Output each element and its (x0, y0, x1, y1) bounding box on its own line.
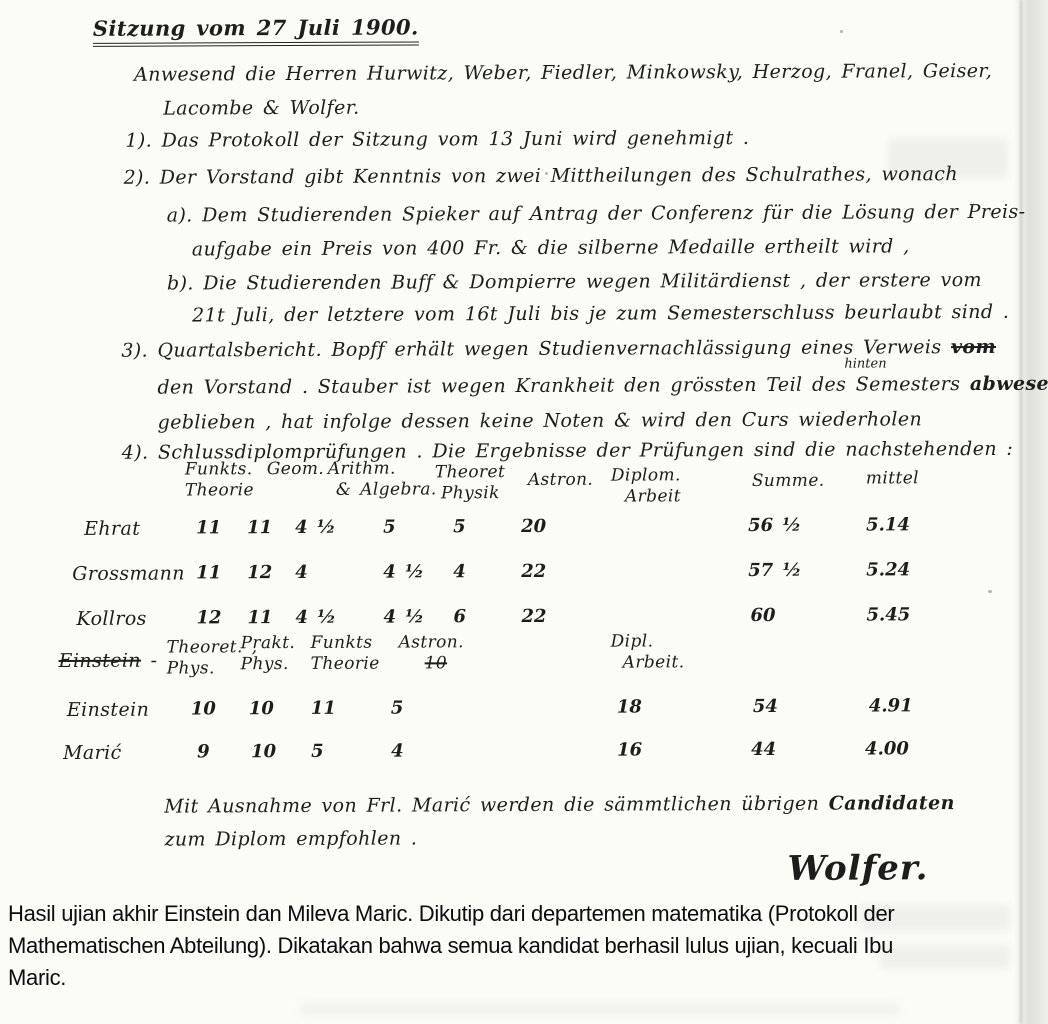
signature-wolfer: Wolfer. (787, 848, 928, 889)
crossed-name-dash: - (151, 650, 158, 672)
col-header-mittel: mittel (866, 468, 919, 489)
score-cell: 5.45 (866, 604, 910, 625)
score-cell: 11 (311, 698, 336, 719)
caption-line-3: Maric. (8, 965, 66, 991)
score-cell: 11 (196, 517, 221, 538)
score-cell: 22 (521, 606, 546, 627)
manuscript: Sitzung vom 27 Juli 1900. Anwesend die H… (0, 0, 1048, 1024)
header-line: Arbeit (611, 486, 681, 507)
header-line: Theorie (311, 654, 380, 675)
score-cell: 60 (750, 605, 775, 626)
score-cell: 4 ½ (295, 517, 336, 538)
score-cell: 5 (453, 516, 466, 537)
session-title-text: Sitzung vom 27 Juli 1900. (93, 14, 419, 46)
score-cell: 12 (196, 607, 221, 628)
header-line: Physik (435, 483, 505, 504)
score-cell: 4 (453, 561, 466, 582)
table-row-kollros: Kollros 12 11 4 ½ 4 ½ 6 22 60 5.45 (0, 0, 1046, 2)
score-cell: 4 ½ (383, 606, 424, 627)
score-cell: 5 (311, 741, 324, 762)
header-line: Theoret (435, 462, 505, 483)
item-2a-line-2: aufgabe ein Preis von 400 Fr. & die silb… (192, 235, 910, 260)
score-cell: 5 (391, 698, 404, 719)
table-row-einstein: Einstein 10 10 11 5 18 54 4.91 (0, 0, 1046, 2)
score-cell: 10 (249, 698, 274, 719)
score-cell: 57 ½ (748, 560, 801, 581)
attendance-line-2: Lacombe & Wolfer. (163, 97, 359, 120)
candidate-name: Einstein (67, 699, 149, 721)
score-cell: 12 (247, 562, 272, 583)
col-header-astronomie: Astron. (528, 470, 593, 491)
score-cell: 4 (391, 741, 404, 762)
candidate-name: Kollros (76, 608, 146, 630)
results-table: Funkts. Theorie Geom. Arithm. & Algebra.… (0, 0, 1046, 2)
table-row-grossmann: Grossmann 11 12 4 4 ½ 4 22 57 ½ 5.24 (0, 0, 1046, 2)
candidate-name: Ehrat (84, 518, 140, 540)
struck-value: 10 (399, 653, 464, 674)
score-cell: 56 ½ (748, 515, 801, 536)
crossed-out-name-einstein: Einstein (59, 650, 141, 672)
score-cell: 11 (247, 607, 272, 628)
candidate-name: Grossmann (72, 562, 185, 584)
item-3-struck-word: vom (951, 336, 996, 358)
item-3-line-1-text: 3). Quartalsbericht. Bopff erhält wegen … (121, 336, 941, 362)
score-cell: 10 (191, 698, 216, 719)
score-cell: 11 (247, 517, 272, 538)
item-3-line-3: geblieben , hat infolge dessen keine Not… (158, 408, 923, 433)
score-cell: 44 (751, 739, 776, 760)
closing-line-2: zum Diplom empfohlen . (164, 827, 417, 850)
header-line: Funkts. (185, 459, 254, 480)
score-cell: 18 (617, 696, 642, 717)
subcol-header-funktionentheorie: Funkts Theorie (311, 633, 380, 675)
session-title: Sitzung vom 27 Juli 1900. (93, 14, 419, 40)
header-line: Arbeit. (611, 652, 685, 673)
candidate-name: Marić (63, 742, 122, 764)
attendance-line-1: Anwesend die Herren Hurwitz, Weber, Fied… (134, 60, 992, 86)
header-line: Funkts (311, 633, 380, 654)
col-header-diplomarbeit: Diplom. Arbeit (611, 465, 681, 507)
item-3-line-2-end: abwesend (970, 373, 1048, 395)
score-cell: 5.14 (866, 514, 910, 535)
score-cell: 16 (617, 739, 642, 760)
col-header-funktionstheorie: Funkts. Theorie (185, 459, 254, 501)
closing-line-1-emphasis: Candidaten (829, 792, 955, 815)
score-cell: 9 (197, 741, 210, 762)
score-cell: 54 (753, 696, 778, 717)
score-cell: 4 (295, 562, 308, 583)
table-row-maric: Marić 9 10 5 4 16 44 4.00 (0, 0, 1046, 2)
col-header-summe: Summe. (752, 471, 825, 492)
item-2b-line-1: b). Die Studierenden Buff & Dompierre we… (167, 269, 982, 295)
item-1: 1). Das Protokoll der Sitzung vom 13 Jun… (125, 127, 749, 152)
caption-line-1: Hasil ujian akhir Einstein dan Mileva Ma… (8, 901, 894, 927)
closing-line-1-text: Mit Ausnahme von Frl. Marić werden die s… (164, 793, 829, 818)
header-line: Diplom. (611, 465, 681, 486)
col-header-theoretische-physik: Theoret Physik (435, 462, 506, 504)
caption-line-2: Mathematischen Abteilung). Dikatakan bah… (8, 933, 893, 959)
header-line: Prakt. (241, 633, 296, 654)
score-cell: 4 ½ (295, 607, 336, 628)
col-header-geometrie: Geom. (267, 459, 324, 480)
header-line: Astron. (399, 632, 464, 653)
score-cell: 4.91 (869, 695, 913, 716)
item-3-line-2: den Vorstand . Stauber ist wegen Krankhe… (157, 373, 1048, 399)
header-line: Arithm. (328, 458, 437, 479)
score-cell: 5.24 (866, 559, 910, 580)
score-cell: 11 (196, 562, 221, 583)
score-cell: 5 (383, 517, 396, 538)
item-3-line-2-text: den Vorstand . Stauber ist wegen Krankhe… (157, 373, 960, 399)
scanned-document-page: Sitzung vom 27 Juli 1900. Anwesend die H… (0, 0, 1048, 1024)
closing-line-1: Mit Ausnahme von Frl. Marić werden die s… (164, 792, 955, 817)
header-line: Phys. (241, 654, 296, 675)
score-cell: 10 (251, 741, 276, 762)
header-line: Theorie (185, 480, 254, 501)
subcol-header-prakt-phys: Prakt. Phys. (241, 633, 296, 675)
col-header-arithmetik-algebra: Arithm. & Algebra. (328, 458, 437, 500)
table-row-ehrat: Ehrat 11 11 4 ½ 5 5 20 56 ½ 5.14 (0, 0, 1046, 2)
item-4: 4). Schlussdiplomprüfungen . Die Ergebni… (122, 438, 1014, 464)
item-3-inserted-word: hinten (844, 356, 886, 371)
score-cell: 4 ½ (383, 561, 424, 582)
score-cell: 6 (453, 606, 466, 627)
item-2b-line-2: 21t Juli, der letztere vom 16t Juli bis … (192, 301, 1009, 327)
item-2a-line-1: a). Dem Studierenden Spieker auf Antrag … (167, 201, 1026, 227)
header-line: & Algebra. (328, 479, 437, 500)
subcol-header-astron: Astron. 10 (399, 632, 465, 674)
header-line: Dipl. (611, 631, 685, 652)
score-cell: 4.00 (865, 738, 909, 759)
score-cell: 22 (521, 561, 546, 582)
item-2: 2). Der Vorstand gibt Kenntnis von zwei … (123, 163, 958, 189)
score-cell: 20 (521, 516, 546, 537)
subcol-header-dipl-arbeit: Dipl. Arbeit. (611, 631, 685, 673)
